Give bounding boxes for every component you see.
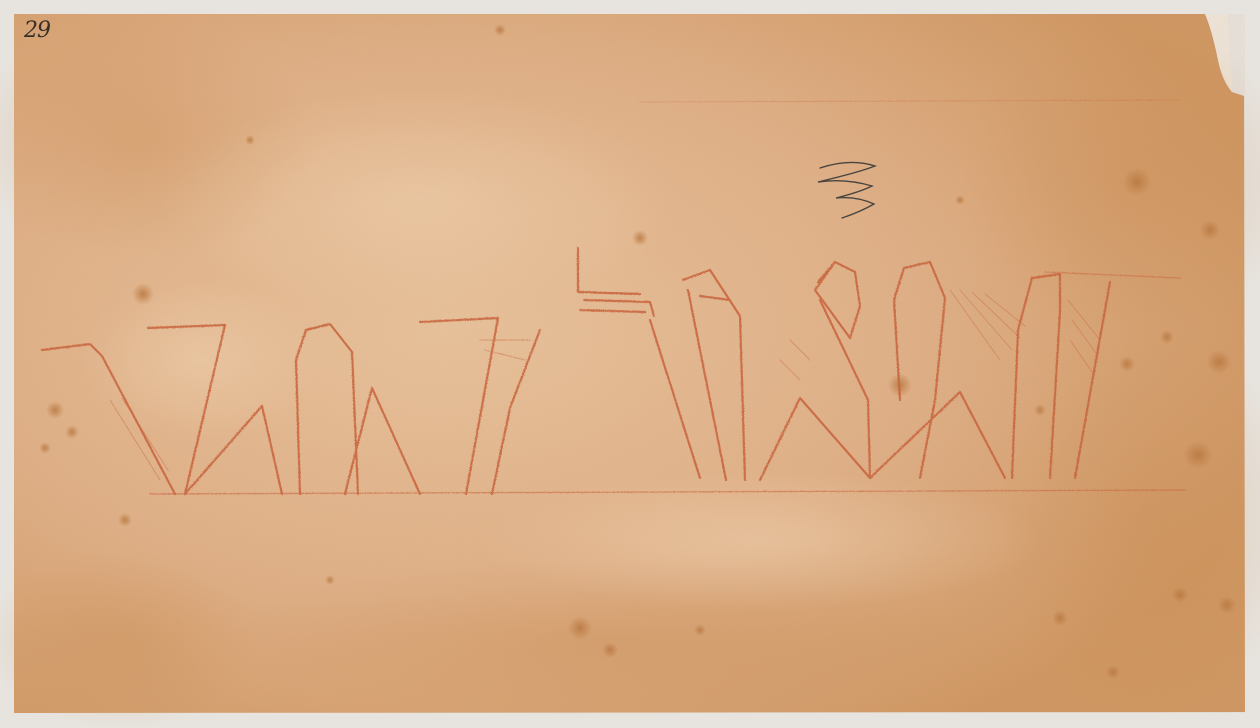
drawing-sheet xyxy=(0,0,1260,728)
artwork-photo: 29 xyxy=(0,0,1260,728)
sheet-number-inscription: 29 xyxy=(24,18,50,43)
